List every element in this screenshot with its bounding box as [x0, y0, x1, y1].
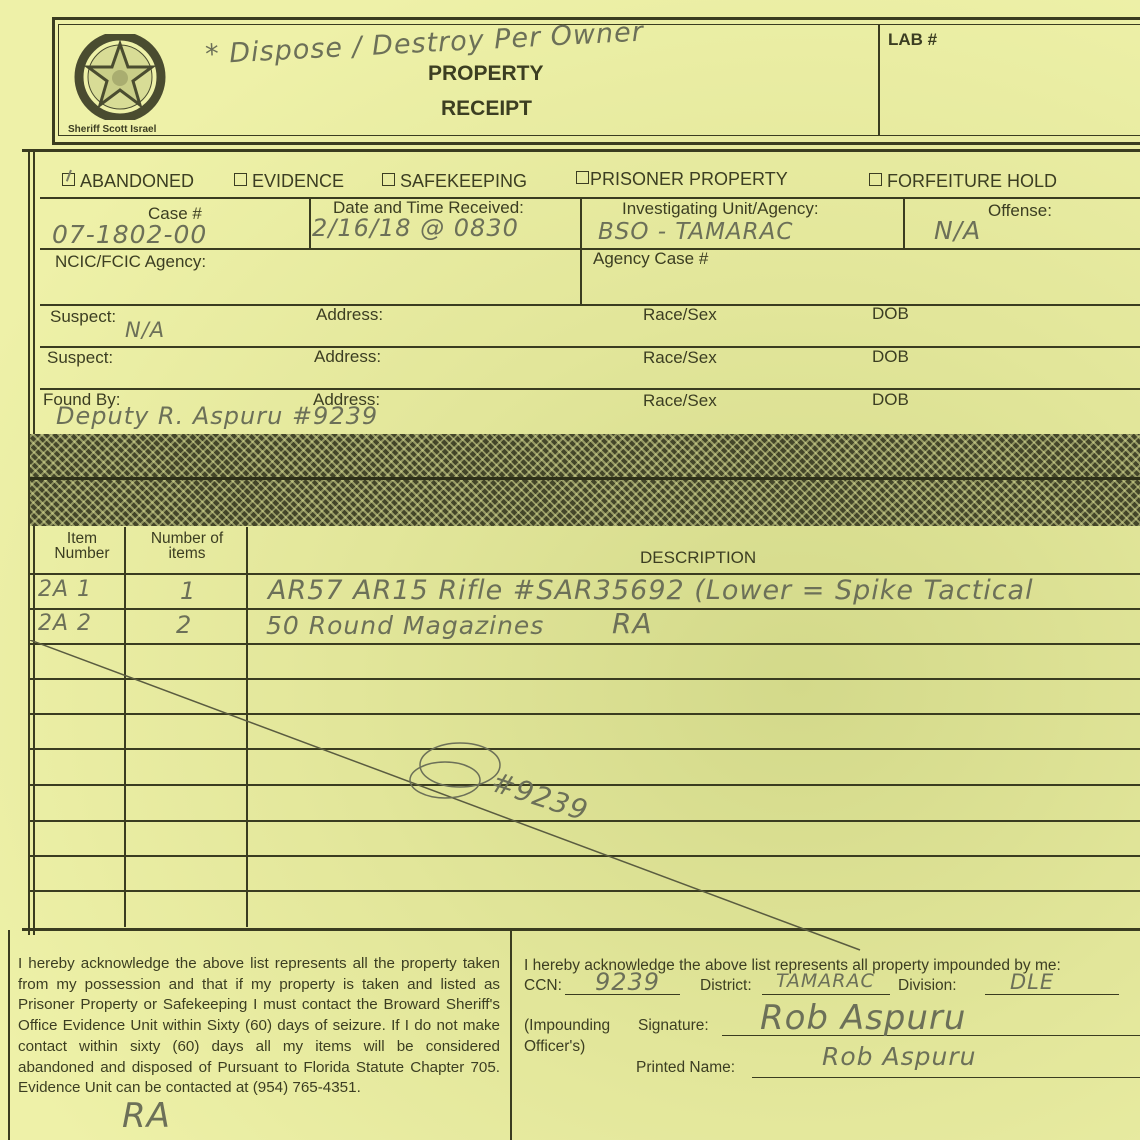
race-sex-label: Race/Sex	[643, 348, 717, 368]
signature-value[interactable]: Rob Aspuru	[760, 998, 966, 1038]
date-received-value[interactable]: 2/16/18 @ 0830	[312, 214, 519, 242]
address-label: Address:	[313, 390, 380, 410]
district-label: District:	[700, 976, 752, 997]
logo-caption: Sheriff Scott Israel	[68, 124, 156, 135]
property-receipt-form: Sheriff Scott Israel * Dispose / Destroy…	[0, 0, 1140, 1140]
checkbox-empty-icon[interactable]	[234, 173, 247, 186]
division-field[interactable]	[985, 994, 1119, 995]
divider	[40, 346, 1140, 348]
divider	[40, 388, 1140, 390]
divider	[40, 197, 1140, 199]
owner-acknowledgement-text: I hereby acknowledge the above list repr…	[18, 954, 500, 1099]
ccn-value[interactable]: 9239	[595, 968, 660, 996]
checkbox-label: EVIDENCE	[252, 171, 344, 191]
suspect-1-label: Suspect:	[50, 307, 116, 327]
case-number-value[interactable]: 07-1802-00	[52, 220, 207, 249]
initials-mark: RA	[612, 607, 653, 640]
dob-label: DOB	[872, 347, 909, 367]
checkbox-label: SAFEKEEPING	[400, 171, 527, 191]
district-value[interactable]: TAMARAC	[776, 970, 875, 992]
address-label: Address:	[316, 305, 383, 325]
table-row-2-item-number[interactable]: 2A 2	[38, 611, 92, 636]
security-pattern-band	[30, 434, 1140, 526]
checkbox-evidence[interactable]: EVIDENCE	[234, 171, 344, 192]
checkbox-label: FORFEITURE HOLD	[887, 171, 1057, 191]
header-divider	[878, 24, 880, 136]
sheriff-star-badge-icon	[72, 34, 168, 120]
division-label: Division:	[898, 976, 957, 997]
bottom-left-border	[8, 930, 10, 1140]
divider	[309, 197, 311, 248]
dob-label: DOB	[872, 304, 909, 324]
checkbox-abandoned[interactable]: ABANDONED	[62, 171, 194, 192]
owner-signature[interactable]: RA	[122, 1096, 171, 1136]
checkbox-prisoner-property[interactable]: PRISONER PROPERTY	[576, 169, 788, 190]
divider	[903, 197, 905, 248]
suspect-2-label: Suspect:	[47, 348, 113, 368]
district-field[interactable]	[762, 994, 890, 995]
checkbox-safekeeping[interactable]: SAFEKEEPING	[382, 171, 527, 192]
checkbox-label: PRISONER PROPERTY	[590, 169, 788, 189]
dob-label: DOB	[872, 390, 909, 410]
address-label: Address:	[314, 347, 381, 367]
table-row-1-count[interactable]: 1	[180, 577, 196, 605]
checkbox-checked-icon[interactable]	[62, 173, 75, 186]
checkbox-empty-icon[interactable]	[869, 173, 882, 186]
investigating-unit-label: Investigating Unit/Agency:	[622, 199, 819, 219]
table-row-2-description[interactable]: 50 Round Magazines	[266, 611, 544, 640]
ncic-agency-label: NCIC/FCIC Agency:	[55, 252, 206, 272]
race-sex-label: Race/Sex	[643, 391, 717, 411]
checkbox-empty-icon[interactable]	[382, 173, 395, 186]
page-title-line2: RECEIPT	[441, 97, 532, 121]
table-row-1-item-number[interactable]: 2A 1	[38, 577, 92, 602]
signature-label: Signature:	[638, 1016, 709, 1037]
printed-name-field[interactable]	[752, 1077, 1140, 1078]
division-value[interactable]: DLE	[1010, 970, 1054, 994]
table-row-1-description[interactable]: AR57 AR15 Rifle #SAR35692 (Lower = Spike…	[268, 575, 1034, 606]
bottom-divider	[510, 930, 512, 1140]
race-sex-label: Race/Sex	[643, 305, 717, 325]
checkbox-empty-icon[interactable]	[576, 171, 589, 184]
impounding-label-line2: Officer's)	[524, 1037, 585, 1058]
table-row-2-count[interactable]: 2	[176, 611, 192, 639]
suspect-1-value[interactable]: N/A	[125, 318, 165, 342]
checkbox-forfeiture-hold[interactable]: FORFEITURE HOLD	[869, 171, 1057, 192]
column-header-description: DESCRIPTION	[640, 548, 756, 568]
page-title-line1: PROPERTY	[428, 62, 544, 86]
printed-name-label: Printed Name:	[636, 1058, 735, 1079]
column-header-item-number: Item Number	[42, 531, 122, 561]
offense-value[interactable]: N/A	[934, 216, 981, 245]
table-row-divider	[30, 608, 1140, 610]
form-top-border	[22, 149, 1140, 152]
lab-number-label: LAB #	[888, 30, 937, 50]
column-header-number-of-items: Number of items	[132, 531, 242, 561]
checkbox-label: ABANDONED	[80, 171, 194, 191]
security-band-divider	[30, 477, 1140, 480]
divider	[40, 304, 1140, 306]
offense-label: Offense:	[988, 201, 1052, 221]
impounding-label-line1: (Impounding	[524, 1016, 610, 1037]
investigating-unit-value[interactable]: BSO - TAMARAC	[598, 219, 793, 245]
divider	[580, 197, 582, 305]
agency-case-label: Agency Case #	[593, 249, 708, 269]
ccn-label: CCN:	[524, 976, 562, 997]
printed-name-value[interactable]: Rob Aspuru	[822, 1042, 976, 1071]
